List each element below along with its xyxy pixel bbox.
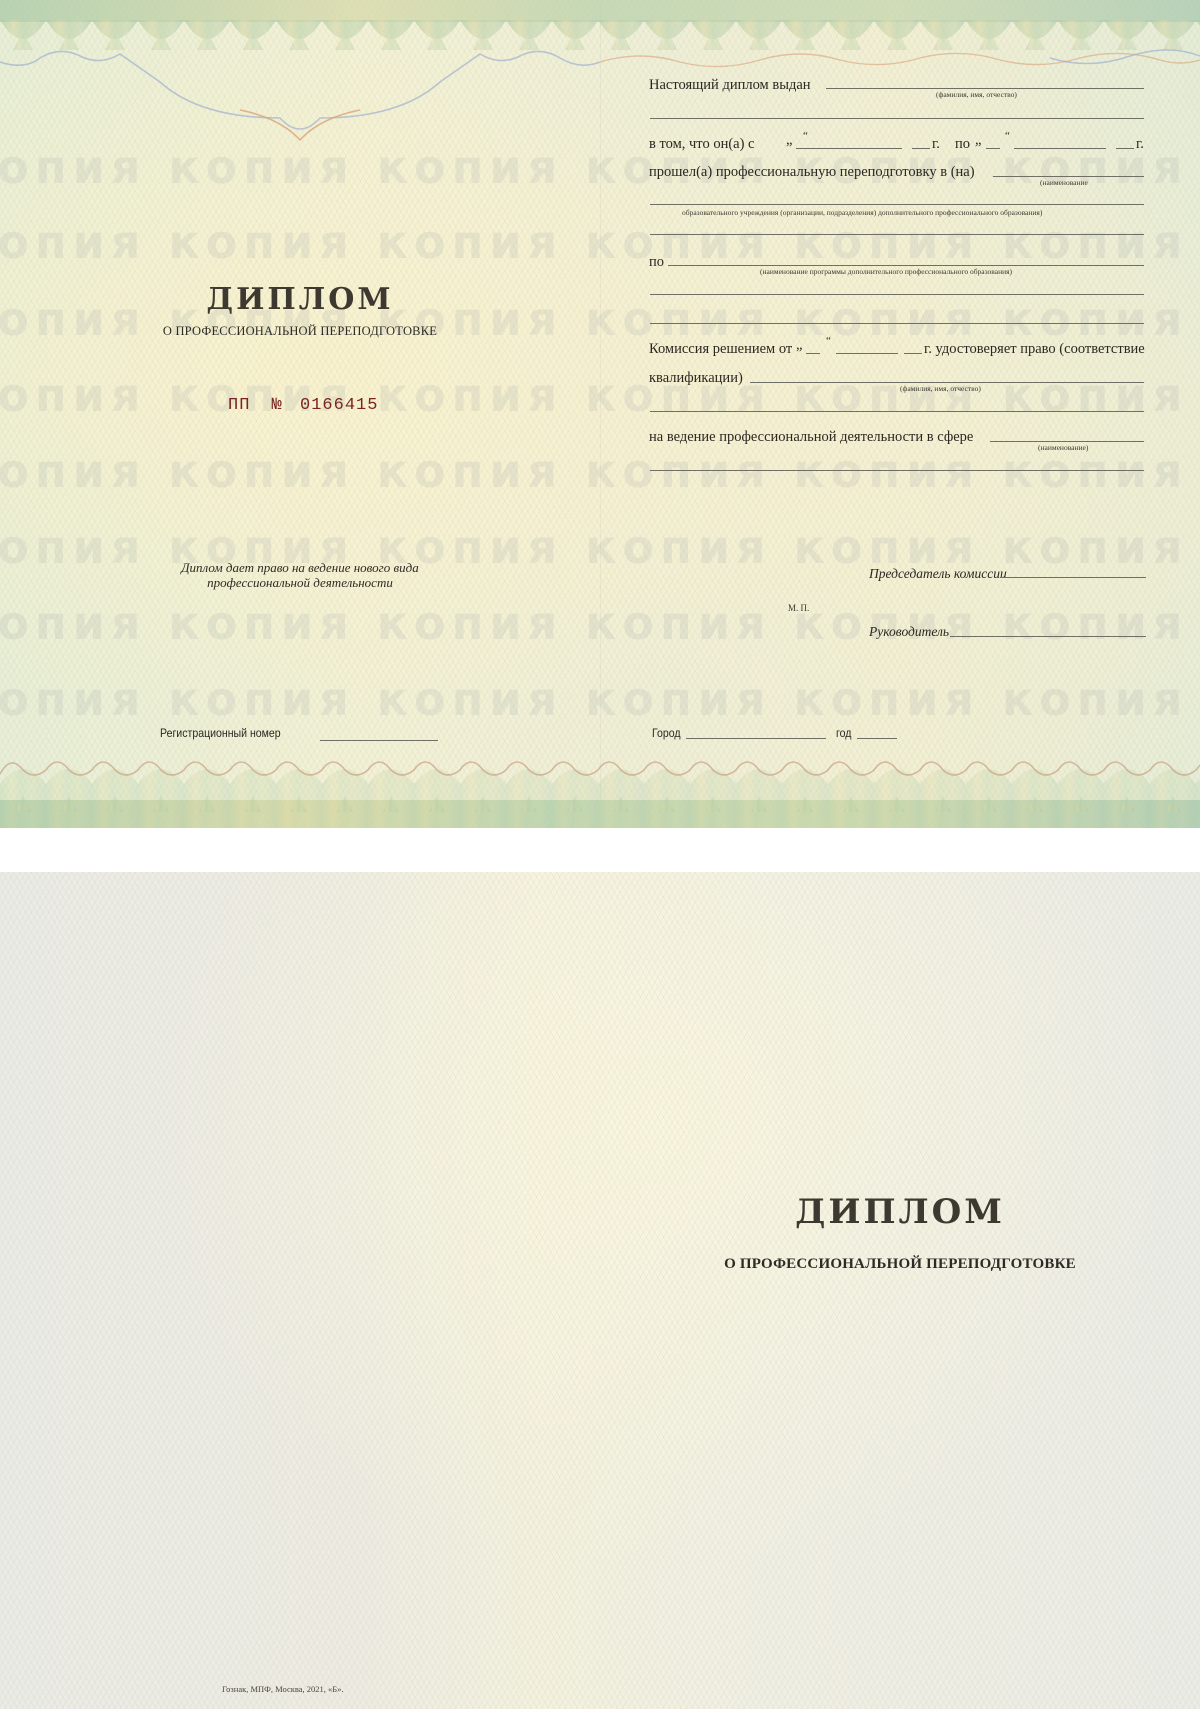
rights-note-line1: Диплом дает право на ведение нового вида xyxy=(130,560,470,575)
city-label: Город xyxy=(652,726,681,740)
start-year-suffix: г. xyxy=(932,136,940,153)
institution-field[interactable] xyxy=(993,176,1144,177)
commission-suffix: г. удостоверяет право (соответствие xyxy=(924,341,1145,358)
sphere-field[interactable] xyxy=(990,441,1144,442)
commission-label: Комиссия решением от xyxy=(649,341,792,358)
open-quote: „ xyxy=(796,337,802,354)
printer-imprint: Гознак, МПФ, Москва, 2021, «Б». xyxy=(222,1684,344,1694)
program-field-line2[interactable] xyxy=(650,294,1144,295)
close-quote: “ xyxy=(1005,130,1010,142)
end-day-field[interactable] xyxy=(986,148,1000,149)
issued-to-field[interactable] xyxy=(826,88,1144,89)
period-to-label: по xyxy=(955,136,970,153)
chairman-label: Председатель комиссии xyxy=(869,566,1007,582)
year-label: год xyxy=(836,726,851,740)
qualification-field-line2[interactable] xyxy=(650,411,1144,412)
end-year-field[interactable] xyxy=(1116,148,1134,149)
registration-number-field[interactable] xyxy=(320,740,438,741)
open-quote: „ xyxy=(786,132,792,149)
end-year-suffix: г. xyxy=(1136,136,1144,153)
issued-to-label: Настоящий диплом выдан xyxy=(649,77,811,94)
rights-note: Диплом дает право на ведение нового вида… xyxy=(130,560,470,590)
sphere-field-line2[interactable] xyxy=(650,470,1144,471)
diploma-title: ДИПЛОМ xyxy=(150,282,450,317)
close-quote: “ xyxy=(826,335,831,347)
program-field-line3[interactable] xyxy=(650,323,1144,324)
period-label: в том, что он(а) с xyxy=(649,136,755,153)
diploma-subtitle: О ПРОФЕССИОНАЛЬНОЙ ПЕРЕПОДГОТОВКЕ xyxy=(120,324,480,339)
serial-digits: 0166415 xyxy=(300,396,378,415)
serial-series: ПП xyxy=(228,396,250,415)
head-label: Руководитель xyxy=(869,624,949,640)
program-field[interactable] xyxy=(668,265,1144,266)
diploma-cover: ДИПЛОМ О ПРОФЕССИОНАЛЬНОЙ ПЕРЕПОДГОТОВКЕ… xyxy=(0,872,1200,1709)
decision-month-field[interactable] xyxy=(836,353,898,354)
head-signature-field[interactable] xyxy=(950,636,1146,637)
program-hint: (наименование программы дополнительного … xyxy=(760,267,1012,276)
completed-label: прошел(а) профессиональную переподготовк… xyxy=(649,164,975,181)
stamp-place-label: М. П. xyxy=(788,603,809,613)
issued-to-field-line2[interactable] xyxy=(650,118,1144,119)
cover-title: ДИПЛОМ xyxy=(720,1192,1080,1232)
sphere-label: на ведение профессиональной деятельности… xyxy=(649,429,973,446)
institution-field-line3[interactable] xyxy=(650,234,1144,235)
fold-line xyxy=(600,0,601,828)
institution-hint: (наименование xyxy=(1040,178,1088,187)
diploma-inner-spread: копия копия копия копия копия копия копи… xyxy=(0,0,1200,828)
registration-number-label: Регистрационный номер xyxy=(160,726,281,740)
qualification-label: квалификации) xyxy=(649,370,743,387)
sphere-hint: (наименование) xyxy=(1038,443,1088,452)
open-quote: „ xyxy=(975,132,981,149)
start-day-field[interactable] xyxy=(796,148,810,149)
cover-subtitle: О ПРОФЕССИОНАЛЬНОЙ ПЕРЕПОДГОТОВКЕ xyxy=(690,1256,1110,1273)
end-month-field[interactable] xyxy=(1014,148,1106,149)
number-sign: № xyxy=(272,396,283,415)
year-field[interactable] xyxy=(857,738,897,739)
security-texture xyxy=(0,872,1200,1709)
issued-to-hint: (фамилия, имя, отчество) xyxy=(936,90,1017,99)
serial-number: ПП № 0166415 xyxy=(228,396,378,415)
program-label: по xyxy=(649,254,664,271)
start-month-field[interactable] xyxy=(810,148,902,149)
city-field[interactable] xyxy=(686,738,826,739)
close-quote: “ xyxy=(803,130,808,142)
institution-hint-2: образовательного учреждения (организации… xyxy=(682,208,1042,217)
decision-year-field[interactable] xyxy=(904,353,922,354)
qualification-field[interactable] xyxy=(750,382,1144,383)
decision-day-field[interactable] xyxy=(806,353,820,354)
qualification-hint: (фамилия, имя, отчество) xyxy=(900,384,981,393)
rights-note-line2: профессиональной деятельности xyxy=(130,575,470,590)
institution-field-line2[interactable] xyxy=(650,204,1144,205)
start-year-field[interactable] xyxy=(912,148,930,149)
chairman-signature-field[interactable] xyxy=(1000,577,1146,578)
